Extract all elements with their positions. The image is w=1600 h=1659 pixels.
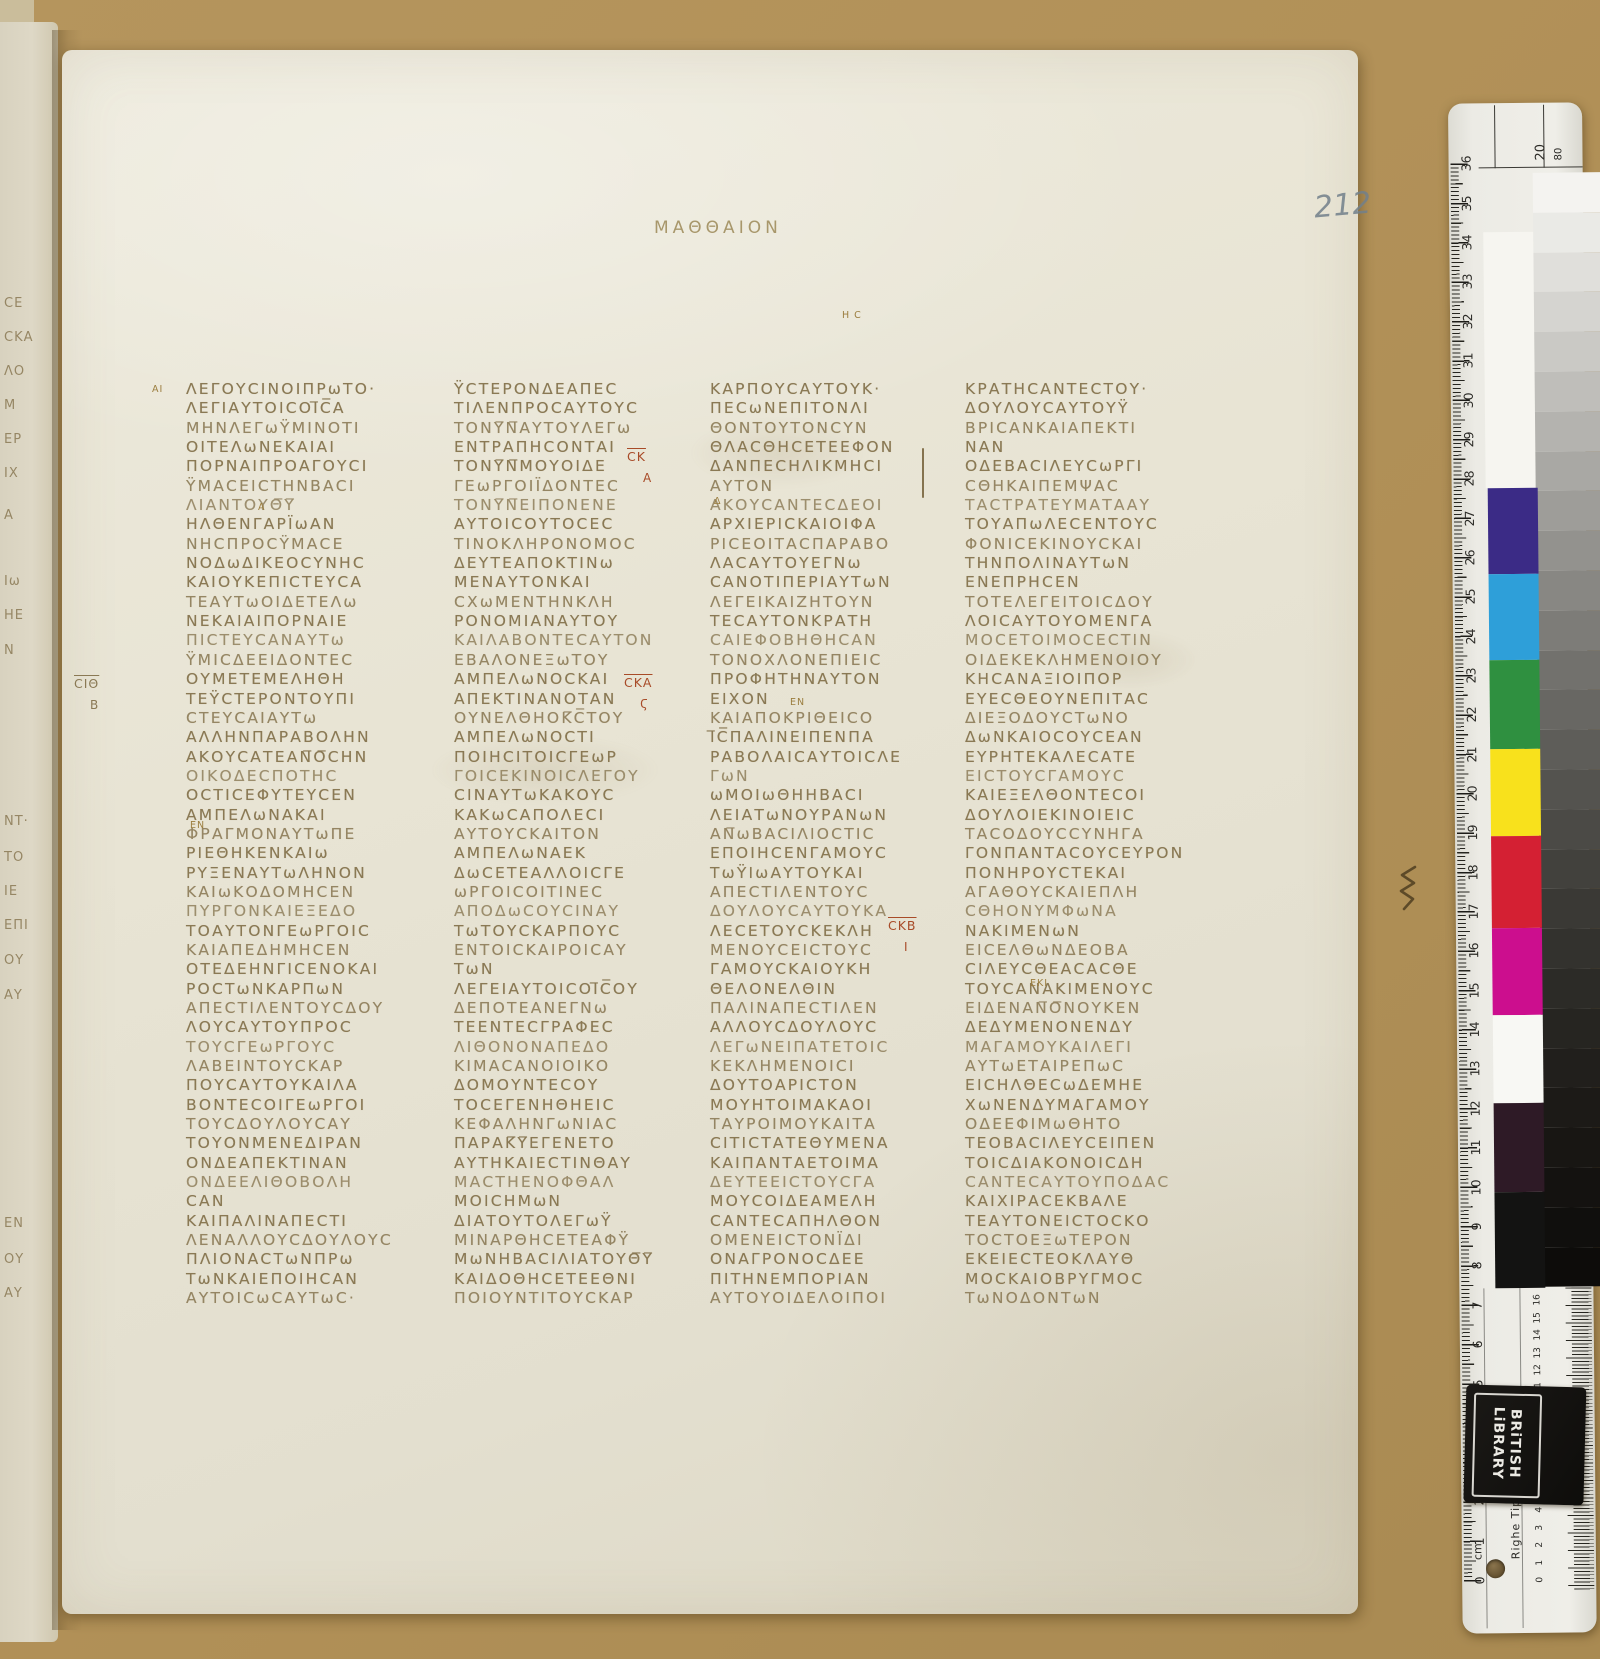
manuscript-line: ΝΑΝ [965, 438, 1215, 457]
cm-number: 22 [1464, 706, 1482, 724]
manuscript-line: ΟΔΕΒΑCΙΛΕΥCωΡΓΙ [965, 457, 1215, 476]
manuscript-line: ΚΕΚΛΗΜΕΝΟΙCΙ [710, 1057, 960, 1076]
british-library-label: BRiTISH LiBRARY [1463, 1384, 1586, 1505]
manuscript-line: ΡΑΒΟΛΑΙCΑΥΤΟΙCΛΕ [710, 748, 960, 767]
manuscript-line: ΤΙΝΟΚΛΗΡΟΝΟΜΟC [454, 535, 704, 554]
color-patch-black [1494, 1192, 1545, 1288]
manuscript-line: ΚΑΙΧΙΡΑCΕΚΒΑΛΕ [965, 1192, 1215, 1211]
manuscript-line: CΑΝ [186, 1192, 436, 1211]
manuscript-line: ΕΙΧΟΝ [710, 690, 960, 709]
cm-number: 12 [1468, 1099, 1486, 1117]
manuscript-line: ΚΑΡΠΟΥCΑΥΤΟΥΚ· [710, 380, 960, 399]
color-patch-magenta [1492, 928, 1543, 1015]
manuscript-line: ΑΥΤΗΚΑΙΕCΤΙΝΘΑΥ [454, 1154, 704, 1173]
text-column-1: ΛΕΓΟΥCΙΝΟΙΠΡωΤΟ·ΛΕΓΙΑΥΤΟΙCΟΙ̅C̅ΑΜΗΝΛΕΓωΫ… [186, 380, 436, 1309]
fine-scale-numbers: 012345678910111213141516 [1448, 102, 1582, 103]
manuscript-line: ΤΕΕΝΤΕCΓΡΑΦΕC [454, 1018, 704, 1037]
manuscript-line: ΜΟΥΗΤΟΙΜΑΚΑΟΙ [710, 1096, 960, 1115]
interlinear-correction: ΕΝ [190, 820, 205, 831]
manuscript-line: ΡΥΞΕΝΑΥΤωΛΗΝΟΝ [186, 864, 436, 883]
color-patch-violet [1488, 488, 1539, 574]
cm-number: 32 [1460, 312, 1478, 330]
manuscript-line: ΤΟΑΥΤΟΝΓΕωΡΓΟΙC [186, 922, 436, 941]
manuscript-line: ωΡΓΟΙCΟΙΤΙΝΕC [454, 883, 704, 902]
grayscale-step-9 [1536, 530, 1600, 571]
grayscale-step-11 [1537, 610, 1600, 651]
manuscript-line: ΔΕΔΥΜΕΝΟΝΕΝΔΥ [965, 1018, 1215, 1037]
leaf-edge-text-fragment: CΚΑ [4, 330, 34, 345]
ink-offset-smudge [430, 735, 660, 805]
manuscript-line: ΧωΝΕΝΔΥΜΑΓΑΜΟΥ [965, 1096, 1215, 1115]
cm-number: 7 [1469, 1296, 1487, 1314]
manuscript-line: ΠΟΙΟΥΝΤΙΤΟΥCΚΑΡ [454, 1289, 704, 1308]
grayscale-step-17 [1539, 849, 1600, 890]
leaf-edge-text-fragment: ΕΡ [4, 432, 22, 447]
manuscript-line: ΠΙΤΗΝΕΜΠΟΡΙΑΝ [710, 1270, 960, 1289]
cm-number: 35 [1459, 194, 1477, 212]
scale-label-80: 80 [1553, 148, 1564, 161]
manuscript-line: CΘΗΟΝΥΜΦωΝΑ [965, 902, 1215, 921]
manuscript-line: CΙΛΕΥCΘΕΑCΑCΘΕ [965, 960, 1215, 979]
manuscript-line: ΟCΤΙCΕΦΥΤΕΥCΕΝ [186, 786, 436, 805]
leaf-edge-text-fragment: ΤΟ [4, 850, 24, 865]
manuscript-line: ΑΥΤΟΥCΚΑΙΤΟΝ [454, 825, 704, 844]
manuscript-line: ΦΡΑΓΜΟΝΑΥΤωΠΕ [186, 825, 436, 844]
manuscript-line: ΝΕΚΑΙΑΙΠΟΡΝΑΙΕ [186, 612, 436, 631]
manuscript-line: ΑΥΤωΕΤΑΙΡΕΠωC [965, 1057, 1215, 1076]
manuscript-line: ΑΓΑΘΟΥCΚΑΙΕΠΛΗ [965, 883, 1215, 902]
critical-obelus-mark [922, 448, 924, 498]
manuscript-line: ΦΟΝΙCΕΚΙΝΟΥCΚΑΙ [965, 535, 1215, 554]
leaf-edge-text-fragment: ΑΥ [4, 988, 23, 1003]
color-patch-column [1488, 488, 1546, 1288]
manuscript-line: ΤΟΥΑΠωΛΕCΕΝΤΟΥC [965, 515, 1215, 534]
cm-number: 17 [1466, 902, 1484, 920]
manuscript-line: ΤΟΝΥ̅Ν̅ΑΥΤΟΥΛΕΓω [454, 419, 704, 438]
leaf-edge-text-fragment: Α [4, 508, 14, 523]
previous-leaf-edge: CΕCΚΑΛΟΜΕΡΙΧΑΙωΗΕΝΝΤ·ΤΟΙΕΕΠΙΟΥΑΥΕΝΟΥΑΥ [0, 22, 58, 1642]
grayscale-step-25 [1542, 1167, 1600, 1208]
leaf-edge-text-fragment: Ν [4, 643, 15, 658]
eusebian-section-number: CΚΑ [624, 675, 652, 690]
manuscript-line: ΚΑΙΠΑΛΙΝΑΠΕCΤΙ [186, 1212, 436, 1231]
manuscript-line: ΑΠΕCΤΙΛΕΝΤΟΥC [710, 883, 960, 902]
manuscript-line: ΠΕCωΝΕΠΙΤΟΝΛΙ [710, 399, 960, 418]
manuscript-line: ΤωΝΚΑΙΕΠΟΙΗCΑΝ [186, 1270, 436, 1289]
grayscale-step-18 [1540, 888, 1600, 929]
manuscript-line: ΚΑΙΔΟΘΗCΕΤΕΕΘΝΙ [454, 1270, 704, 1289]
manuscript-line: ΕΠΟΙΗCΕΝΓΑΜΟΥC [710, 844, 960, 863]
cm-number: 26 [1462, 548, 1480, 566]
grayscale-step-21 [1541, 1008, 1600, 1049]
manuscript-line: ΚΑΙΕΞΕΛΘΟΝΤΕCΟΙ [965, 786, 1215, 805]
manuscript-line: ΠΑΡΑΚ̅Υ̅ΕΓΕΝΕΤΟ [454, 1134, 704, 1153]
manuscript-line: ΟΝΔΕΕΛΙΘΟΒΟΛΗ [186, 1173, 436, 1192]
manuscript-line: ΚΑΙΟΥΚΕΠΙCΤΕΥCΑ [186, 573, 436, 592]
manuscript-line: ΜΟΥCΟΙΔΕΑΜΕΛΗ [710, 1192, 960, 1211]
manuscript-line: ΑΜΠΕΛωΝΟCΚΑΙ [454, 670, 704, 689]
cm-unit-label: cm. [1471, 1533, 1484, 1567]
manuscript-line: ΑΜΠΕΛωΝΑΚΑΙ [186, 806, 436, 825]
manuscript-line: ΠΙCΤΕΥCΑΝΑΥΤω [186, 631, 436, 650]
manuscript-line: ΤΟΙCΔΙΑΚΟΝΟΙCΔΗ [965, 1154, 1215, 1173]
manuscript-line: ΤΟΥCΑΝΑΚΙΜΕΝΟΥC [965, 980, 1215, 999]
leaf-edge-text-fragment: ΛΟ [4, 364, 25, 379]
manuscript-line: ΜωΝΗΒΑCΙΛΙΑΤΟΥΘ̅Υ̅ [454, 1250, 704, 1269]
manuscript-line: ΛΕΙΑΤωΝΟΥΡΑΝωΝ [710, 806, 960, 825]
manuscript-line: ΕΙCΗΛΘΕCωΔΕΜΗΕ [965, 1076, 1215, 1095]
manuscript-line: ΛΙΘΟΝΟΝΑΠΕΔΟ [454, 1038, 704, 1057]
manuscript-line: ΚΑΙΑΠΕΔΗΜΗCΕΝ [186, 941, 436, 960]
eusebian-section-number: CΚΒ [888, 918, 917, 933]
grayscale-step-27 [1543, 1246, 1600, 1287]
grayscale-step-14 [1538, 729, 1600, 770]
manuscript-line: ΑΥΤΟΙCωCΑΥΤωC· [186, 1289, 436, 1308]
manuscript-line: ΚΑΙωΚΟΔΟΜΗCΕΝ [186, 883, 436, 902]
manuscript-line: CΧωΜΕΝΤΗΝΚΛΗ [454, 593, 704, 612]
manuscript-line: ΠΟΡΝΑΙΠΡΟΑΓΟΥCΙ [186, 457, 436, 476]
ink-offset-smudge [690, 418, 870, 488]
text-column-3: ΚΑΡΠΟΥCΑΥΤΟΥΚ·ΠΕCωΝΕΠΙΤΟΝΛΙΘΟΝΤΟΥΤΟΝCΥΝΘ… [710, 380, 960, 1309]
label-line-library: LiBRARY [1488, 1391, 1508, 1495]
text-column-4: ΚΡΑΤΗCΑΝΤΕCΤΟΥ·ΔΟΥΛΟΥCΑΥΤΟΥΫΒΡΙCΑΝΚΑΙΑΠΕ… [965, 380, 1215, 1309]
manuscript-line: ΤΟΝΥ̅Ν̅ΜΟΥΟΙΔΕ [454, 457, 704, 476]
manuscript-line: ΓωΝ [710, 767, 960, 786]
grayscale-step-22 [1541, 1047, 1600, 1088]
leaf-edge-text-fragment: ΕΠΙ [4, 918, 29, 933]
cm-number: 31 [1460, 352, 1478, 370]
manuscript-line: ΑΠΕCΤΙΛΕΝΤΟΥCΔΟΥ [186, 999, 436, 1018]
photograph-of-codex-page: CΕCΚΑΛΟΜΕΡΙΧΑΙωΗΕΝΝΤ·ΤΟΙΕΕΠΙΟΥΑΥΕΝΟΥΑΥ Μ… [0, 0, 1600, 1659]
cm-number: 30 [1461, 391, 1479, 409]
text-column-2: ΫCΤΕΡΟΝΔΕΑΠΕCΤΙΛΕΝΠΡΟCΑΥΤΟΥCΤΟΝΥ̅Ν̅ΑΥΤΟΥ… [454, 380, 704, 1309]
manuscript-line: ΠΡΟΦΗΤΗΝΑΥΤΟΝ [710, 670, 960, 689]
manuscript-line: ΟΙΤΕΛωΝΕΚΑΙΑΙ [186, 438, 436, 457]
manuscript-line: ΡΟCΤωΝΚΑΡΠωΝ [186, 980, 436, 999]
cm-number: 16 [1466, 942, 1484, 960]
cm-number: 6 [1470, 1335, 1488, 1353]
manuscript-line: ΕΙΔΕΝΑΝ̅Ο̅ΝΟΥΚΕΝ [965, 999, 1215, 1018]
manuscript-line: ΑΥΤΟΥΟΙΔΕΛΟΙΠΟΙ [710, 1289, 960, 1308]
manuscript-line: ΤΙΛΕΝΠΡΟCΑΥΤΟΥC [454, 399, 704, 418]
manuscript-line: ΤΟΝΟΧΛΟΝΕΠΙΕΙC [710, 651, 960, 670]
manuscript-line: ΟΥΝΕΛΘΗΟΚ̅C̅ΤΟΥ [454, 709, 704, 728]
manuscript-line: ΟΔΕΕΦΙΜωΘΗΤΟ [965, 1115, 1215, 1134]
leaf-edge-text-fragment: ΟΥ [4, 953, 24, 968]
manuscript-line: ΤωΝ [454, 960, 704, 979]
grayscale-step-7 [1535, 451, 1600, 492]
manuscript-line: ΛΟΙCΑΥΤΟΥΟΜΕΝΓΑ [965, 612, 1215, 631]
manuscript-line: ΜΗΝΛΕΓωΫΜΙΝΟΤΙ [186, 419, 436, 438]
grayscale-step-19 [1540, 928, 1600, 969]
manuscript-line: ΤΟCΕΓΕΝΗΘΗΕΙC [454, 1096, 704, 1115]
manuscript-line: ΔΟΥΤΟΑΡΙCΤΟΝ [710, 1076, 960, 1095]
manuscript-line: ΛΕΝΑΛΛΟΥCΔΟΥΛΟΥC [186, 1231, 436, 1250]
manuscript-line: ΤωΤΟΥCΚΑΡΠΟΥC [454, 922, 704, 941]
white-backing-card [1483, 232, 1535, 488]
interlinear-correction: Α [258, 502, 266, 513]
manuscript-line: ΜΙΝΑΡΘΗCΕΤΕΑΦΫ [454, 1231, 704, 1250]
color-patch-red [1491, 836, 1542, 928]
color-patch-yellow [1490, 749, 1541, 836]
manuscript-line: ΕΙCΕΛΘωΝΔΕΟΒΑ [965, 941, 1215, 960]
label-line-british: BRiTISH [1505, 1392, 1525, 1496]
grayscale-step-23 [1541, 1087, 1600, 1128]
manuscript-line: ΜΕΝΟΥCΕΙCΤΟΥC [710, 941, 960, 960]
manuscript-line: ΤΑCΟΔΟΥCCΥΝΗΓΑ [965, 825, 1215, 844]
manuscript-line: ΤωΫΙωΑΥΤΟΥΚΑΙ [710, 864, 960, 883]
grayscale-step-24 [1542, 1127, 1600, 1168]
interlinear-correction: ΑΙ [152, 384, 163, 395]
calibration-ruler: 0123456789101112131415161718192021222324… [1448, 102, 1597, 1633]
manuscript-line: ΔΕΥΤΕΑΠΟΚΤΙΝω [454, 554, 704, 573]
manuscript-line: ΚΡΑΤΗCΑΝΤΕCΤΟΥ· [965, 380, 1215, 399]
cm-number: 24 [1463, 627, 1481, 645]
manuscript-line: ΛΕΓΕΙΚΑΙΖΗΤΟΥΝ [710, 593, 960, 612]
centimeter-numbers: 0123456789101112131415161718192021222324… [1448, 102, 1582, 103]
ruler-punch-hole [1486, 1559, 1505, 1578]
manuscript-line: ΟΙΚΟΔΕCΠΟΤΗC [186, 767, 436, 786]
manuscript-line: ΔΟΜΟΥΝΤΕCΟΥ [454, 1076, 704, 1095]
manuscript-line: ΕΝΕΠΡΗCΕΝ [965, 573, 1215, 592]
color-patch-dark-maroon [1494, 1103, 1545, 1192]
manuscript-line: ΛΑΒΕΙΝΤΟΥCΚΑΡ [186, 1057, 436, 1076]
manuscript-line: Ι̅C̅ΠΑΛΙΝΕΙΠΕΝΠΑ [710, 728, 960, 747]
grayscale-step-13 [1538, 689, 1600, 730]
manuscript-line: CΑΝΤΕCΑΥΤΟΥΠΟΔΑC [965, 1173, 1215, 1192]
leaf-edge-text-fragment: ΑΥ [4, 1286, 23, 1301]
cm-number: 29 [1461, 430, 1479, 448]
cm-number: 36 [1458, 155, 1476, 173]
manuscript-line: ΫΜΙCΔΕΕΙΔΟΝΤΕC [186, 651, 436, 670]
running-title: ΜΑΘΘΑΙΟΝ [654, 218, 834, 238]
label-text: BRiTISH LiBRARY [1486, 1391, 1525, 1496]
manuscript-line: ΔΙΑΤΟΥΤΟΛΕΓωΫ [454, 1212, 704, 1231]
cm-number: 33 [1460, 273, 1478, 291]
manuscript-line: CΘΗΚΑΙΠΕΜΨΑC [965, 477, 1215, 496]
manuscript-line: ΑΠΟΔωCΟΥCΙΝΑΥ [454, 902, 704, 921]
cm-number: 19 [1465, 824, 1483, 842]
cm-number: 15 [1466, 981, 1484, 999]
cm-number: 13 [1467, 1060, 1485, 1078]
leaf-edge-text-fragment: ΝΤ· [4, 814, 29, 829]
manuscript-line: ΛΕΓωΝΕΙΠΑΤΕΤΟΙC [710, 1038, 960, 1057]
fine-scale-number: 16 [1532, 1287, 1544, 1313]
manuscript-line: ΤΗΝΠΟΛΙΝΑΥΤωΝ [965, 554, 1215, 573]
manuscript-line: ΑΠΕΚΤΙΝΑΝΟΤΑΝ [454, 690, 704, 709]
manuscript-line: ΡΟΝΟΜΙΑΝΑΥΤΟΥ [454, 612, 704, 631]
interlinear-correction: Δ [714, 496, 722, 507]
leaf-edge-text-fragment: ΙΕ [4, 884, 18, 899]
manuscript-line: ΤΑCΤΡΑΤΕΥΜΑΤΑΑΥ [965, 496, 1215, 515]
manuscript-line: ΘΕΛΟΝΕΛΘΙΝ [710, 980, 960, 999]
manuscript-line: ΫCΤΕΡΟΝΔΕΑΠΕC [454, 380, 704, 399]
manuscript-line: ΜΑΓΑΜΟΥΚΑΙΛΕΓΙ [965, 1038, 1215, 1057]
manuscript-line: ΟΜΕΝΕΙCΤΟΝΪΔΙ [710, 1231, 960, 1250]
manuscript-line: ΛΕΓΟΥCΙΝΟΙΠΡωΤΟ· [186, 380, 436, 399]
manuscript-line: ΕΝΤΡΑΠΗCΟΝΤΑΙ [454, 438, 704, 457]
manuscript-line: ΤΟΤΕΛΕΓΕΙΤΟΙCΔΟΥ [965, 593, 1215, 612]
ink-offset-smudge [1060, 630, 1200, 690]
manuscript-line: ΤΟΥCΔΟΥΛΟΥCΑΥ [186, 1115, 436, 1134]
eusebian-canon-number: Ι [904, 940, 908, 954]
color-patch-green [1489, 660, 1540, 749]
leaf-edge-text-fragment: ΟΥ [4, 1252, 24, 1267]
manuscript-line: ΤΕΑΥΤωΟΙΔΕΤΕΛω [186, 593, 436, 612]
grayscale-step-0 [1533, 172, 1600, 213]
cm-number: 10 [1468, 1178, 1486, 1196]
grayscale-step-16 [1539, 809, 1600, 850]
leaf-edge-text-fragment: ΙΧ [4, 466, 19, 481]
manuscript-line: ΟΝΑΓΡΟΝΟCΔΕΕ [710, 1250, 960, 1269]
manuscript-line: ΓΑΜΟΥCΚΑΙΟΥΚΗ [710, 960, 960, 979]
manuscript-line: ΝΟΔωΔΙΚΕΟCΥΝΗC [186, 554, 436, 573]
grayscale-step-1 [1533, 212, 1600, 253]
manuscript-line: ΓΟΝΠΑΝΤΑCΟΥCΕΥΡΟΝ [965, 844, 1215, 863]
grayscale-step-6 [1535, 411, 1600, 452]
manuscript-line: ΚΑΚωCΑΠΟΛΕCΙ [454, 806, 704, 825]
interlinear-correction: ΕΚΙ [1030, 978, 1048, 989]
manuscript-line: ΤωΝΟΔΟΝΤωΝ [965, 1289, 1215, 1308]
manuscript-line: ΝΗCΠΡΟCΫΜΑCΕ [186, 535, 436, 554]
manuscript-line: ΜΕΝΑΥΤΟΝΚΑΙ [454, 573, 704, 592]
eusebian-canon-number: Ϛ [640, 697, 648, 711]
manuscript-line: ΚΑΙΑΠΟΚΡΙΘΕΙCΟ [710, 709, 960, 728]
leaf-edge-text-fragment: CΕ [4, 296, 23, 311]
cm-number: 21 [1464, 745, 1482, 763]
color-patch-white [1493, 1015, 1544, 1103]
manuscript-line: ΠΥΡΓΟΝΚΑΙΕΞΕΔΟ [186, 902, 436, 921]
manuscript-line: ΤΟΥCΓΕωΡΓΟΥC [186, 1038, 436, 1057]
manuscript-line: ΔΙΕΞΟΔΟΥCΤωΝΟ [965, 709, 1215, 728]
grayscale-step-4 [1534, 331, 1600, 372]
leaf-edge-text-fragment: ΕΝ [4, 1216, 24, 1231]
leaf-edge-text-fragment: Ιω [4, 574, 21, 589]
grayscale-step-12 [1537, 650, 1600, 691]
manuscript-line: ΚΕΦΑΛΗΝΓωΝΙΑC [454, 1115, 704, 1134]
eusebian-canon-number: Α [643, 471, 651, 485]
manuscript-line: ΤΑΥΡΟΙΜΟΥΚΑΙΤΑ [710, 1115, 960, 1134]
cm-number: 11 [1468, 1138, 1486, 1156]
cm-number: 28 [1462, 470, 1480, 488]
grayscale-step-5 [1535, 371, 1600, 412]
manuscript-line: ΤΕΑΥΤΟΝΕΙCΤΟCΚΟ [965, 1212, 1215, 1231]
manuscript-line: ΜΟCΚΑΙΟΒΡΥΓΜΟC [965, 1270, 1215, 1289]
cm-number: 14 [1467, 1020, 1485, 1038]
manuscript-line: ΕΚΕΙΕCΤΕΟΚΛΑΥΘ [965, 1250, 1215, 1269]
manuscript-line: ΔΕΠΟΤΕΑΝΕΓΝω [454, 999, 704, 1018]
manuscript-line: ΔωΝΚΑΙΟCΟΥCΕΑΝ [965, 728, 1215, 747]
manuscript-line: ΕΙCΤΟΥCΓΑΜΟΥC [965, 767, 1215, 786]
cm-number: 27 [1462, 509, 1480, 527]
margin-squiggle-mark [1398, 864, 1420, 912]
manuscript-line: ωΜΟΙωΘΗΗΒΑCΙ [710, 786, 960, 805]
manuscript-line: ΔΟΥΛΟΥCΑΥΤΟΥΚΑ [710, 902, 960, 921]
manuscript-line: ΑΡΧΙΕΡΙCΚΑΙΟΙΦΑ [710, 515, 960, 534]
manuscript-line: ΡΙCΕΟΙΤΑCΠΑΡΑΒΟ [710, 535, 960, 554]
manuscript-line: ΚΑΙΛΑΒΟΝΤΕCΑΥΤΟΝ [454, 631, 704, 650]
eusebian-section-number: CΚ [627, 449, 646, 464]
manuscript-line: CΑΝΤΕCΑΠΗΛΘΟΝ [710, 1212, 960, 1231]
manuscript-line: ΠΑΛΙΝΑΠΕCΤΙΛΕΝ [710, 999, 960, 1018]
interlinear-correction: Η C [842, 310, 862, 321]
leaf-edge-text-fragment: ΗΕ [4, 608, 24, 623]
manuscript-line: CΤΕΥCΑΙΑΥΤω [186, 709, 436, 728]
manuscript-line: ΔΟΥΛΟΙΕΚΙΝΟΙΕΙC [965, 806, 1215, 825]
manuscript-line: CΑΝΟΤΙΠΕΡΙΑΥΤωΝ [710, 573, 960, 592]
manuscript-line: ΜΟΙCΗΜωΝ [454, 1192, 704, 1211]
manuscript-line: ΑΛΛΟΥCΔΟΥΛΟΥC [710, 1018, 960, 1037]
manuscript-line: ΤΕΫCΤΕΡΟΝΤΟΥΠΙ [186, 690, 436, 709]
manuscript-line: ΛΑCΑΥΤΟΥΕΓΝω [710, 554, 960, 573]
manuscript-line: ΤΟCΤΟΕΞωΤΕΡΟΝ [965, 1231, 1215, 1250]
manuscript-line: ΔΕΥΤΕΕΙCΤΟΥCΓΑ [710, 1173, 960, 1192]
manuscript-page: ΜΑΘΘΑΙΟΝ 212 ΛΕΓΟΥCΙΝΟΙΠΡωΤΟ·ΛΕΓΙΑΥΤΟΙCΟ… [62, 50, 1358, 1614]
manuscript-line: ΑΝ̅ωΒΑCΙΛΙΟCΤΙC [710, 825, 960, 844]
manuscript-line: ΠΛΙΟΝΑCΤωΝΠΡω [186, 1250, 436, 1269]
manuscript-line: ΛΕΓΙΑΥΤΟΙCΟΙ̅C̅Α [186, 399, 436, 418]
manuscript-line: ΟΝΔΕΑΠΕΚΤΙΝΑΝ [186, 1154, 436, 1173]
manuscript-line: ΑΜΠΕΛωΝΑΕΚ [454, 844, 704, 863]
manuscript-line: ΝΑΚΙΜΕΝωΝ [965, 922, 1215, 941]
manuscript-line: ΫΜΑCΕΙCΤΗΝΒΑCΙ [186, 477, 436, 496]
manuscript-line: ΓΕωΡΓΟΙΪΔΟΝΤΕC [454, 477, 704, 496]
manuscript-line: CΑΙΕΦΟΒΗΘΗCΑΝ [710, 631, 960, 650]
grayscale-step-2 [1533, 252, 1600, 293]
manuscript-line: ΑΚΟΥCΑΝΤΕCΔΕΟΙ [710, 496, 960, 515]
manuscript-line: ΠΟΝΗΡΟΥCΤΕΚΑΙ [965, 864, 1215, 883]
eusebian-canon-number: Β [90, 698, 98, 712]
manuscript-line: ΛΙΑΝΤΟΥΘ̅Υ̅ [186, 496, 436, 515]
manuscript-line: ΜΑCΤΗΕΝΟΦΘΑΛ [454, 1173, 704, 1192]
eusebian-section-number: CΙΘ [74, 676, 99, 691]
cm-number: 8 [1469, 1257, 1487, 1275]
cm-number: 23 [1463, 666, 1481, 684]
manuscript-line: ΛΟΥCΑΥΤΟΥΠΡΟC [186, 1018, 436, 1037]
grayscale-step-3 [1534, 291, 1600, 332]
manuscript-line: ΑΛΛΗΝΠΑΡΑΒΟΛΗΝ [186, 728, 436, 747]
manuscript-line: ΛΕCΕΤΟΥCΚΕΚΛΗ [710, 922, 960, 941]
manuscript-line: ΔωCΕΤΕΑΛΛΟΙCΓΕ [454, 864, 704, 883]
manuscript-line: ΟΥΜΕΤΕΜΕΛΗΘΗ [186, 670, 436, 689]
manuscript-line: ΤΕΟΒΑCΙΛΕΥCΕΙΠΕΝ [965, 1134, 1215, 1153]
manuscript-line: ΟΤΕΔΕΗΝΓΙCΕΝΟΚΑΙ [186, 960, 436, 979]
manuscript-line: ΑΥΤΟΙCΟΥΤΟCΕC [454, 515, 704, 534]
cm-number: 18 [1465, 863, 1483, 881]
folio-number: 212 [1313, 186, 1373, 226]
grayscale-step-10 [1536, 570, 1600, 611]
interlinear-correction: ΕΝ [790, 697, 805, 708]
manuscript-line: ΤΕCΑΥΤΟΝΚΡΑΤΗ [710, 612, 960, 631]
manuscript-line: ΕΝΤΟΙCΚΑΙΡΟΙCΑΥ [454, 941, 704, 960]
manuscript-line: ΤΟΝΥ̅Ν̅ΕΙΠΟΝΕΝΕ [454, 496, 704, 515]
grayscale-step-15 [1538, 769, 1600, 810]
manuscript-line: ΑΚΟΥCΑΤΕΑΝ̅Ο̅CΗΝ [186, 748, 436, 767]
manuscript-line: ΔΟΥΛΟΥCΑΥΤΟΥΫ [965, 399, 1215, 418]
manuscript-line: ΕΥΡΗΤΕΚΑΛΕCΑΤΕ [965, 748, 1215, 767]
grayscale-step-20 [1540, 968, 1600, 1009]
cm-number: 9 [1469, 1217, 1487, 1235]
manuscript-line: ΠΟΥCΑΥΤΟΥΚΑΙΛΑ [186, 1076, 436, 1095]
ruler-header-divider [1494, 105, 1496, 168]
manuscript-line: ΛΕΓΕΙΑΥΤΟΙCΟΙ̅C̅ΟΥ [454, 980, 704, 999]
cm-number: 25 [1463, 588, 1481, 606]
manuscript-line: ΚΙΜΑCΑΝΟΙΟΙΚΟ [454, 1057, 704, 1076]
manuscript-line: ΤΟΥΟΝΜΕΝΕΔΙΡΑΝ [186, 1134, 436, 1153]
manuscript-line: CΙΤΙCΤΑΤΕΘΥΜΕΝΑ [710, 1134, 960, 1153]
grayscale-step-8 [1536, 490, 1600, 531]
color-patch-blue [1489, 574, 1540, 660]
